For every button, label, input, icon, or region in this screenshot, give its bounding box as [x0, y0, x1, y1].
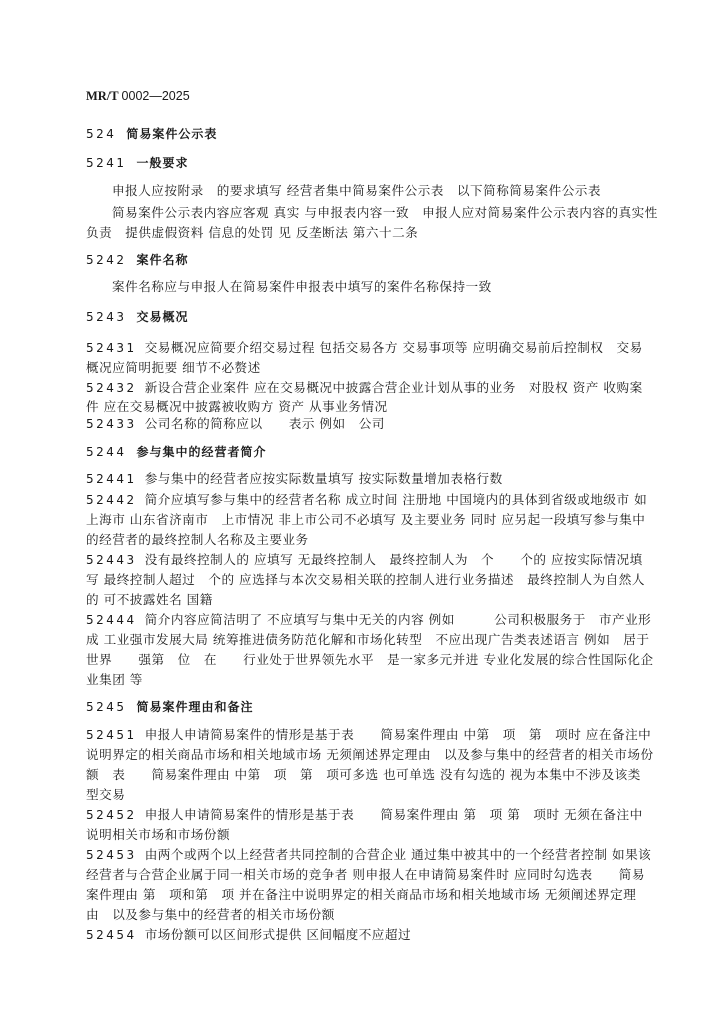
clause-text: 简介应填写参与集中的经营者名称 成立时间 注册地 中国境内的具体到省级或地级市 …	[145, 492, 647, 507]
section-title: 交易概况	[137, 310, 189, 324]
paragraph-line: 上海市 山东省济南市 上市情况 非上市公司不必填写 及主要业务 同时 应另起一段…	[86, 512, 645, 528]
clause-number: 52432	[86, 381, 137, 395]
clause-52454: 52454市场份额可以区间形式提供 区间幅度不应超过	[86, 927, 411, 943]
clause-52452: 52452申报人申请简易案件的情形是基于表 简易案件理由 第 项 第 项时 无须…	[86, 807, 643, 823]
paragraph-line: 世界 强第 位 在 行业处于世界领先水平 是一家多元并进 专业化发展的综合性国际…	[86, 652, 654, 668]
section-title: 简易案件理由和备注	[137, 700, 254, 714]
paragraph-line: 额 表 简易案件理由 中第 项 第 项可多选 也可单选 没有勾选的 视为本集中不…	[86, 767, 641, 783]
section-heading-5244: 5244参与集中的经营者简介	[86, 444, 267, 460]
paragraph-line: 说明相关市场和市场份额	[86, 827, 230, 843]
clause-52443: 52443没有最终控制人的 应填写 无最终控制人 最终控制人为 个 个的 应按实…	[86, 552, 643, 568]
section-title: 简易案件公示表	[126, 127, 217, 141]
paragraph-line: 案件理由 第 项和第 项 并在备注中说明界定的相关商品市场和相关地域市场 无须阐…	[86, 887, 636, 903]
section-title: 案件名称	[137, 253, 189, 267]
clause-text: 参与集中的经营者应按实际数量填写 按实际数量增加表格行数	[145, 471, 503, 486]
section-heading-5241: 5241一般要求	[86, 155, 189, 171]
clause-text: 交易概况应简要介绍交易过程 包括交易各方 交易事项等 应明确交易前后控制权 交易	[145, 340, 643, 355]
document-page: MR/T 0002—2025 524简易案件公示表 5241一般要求 申报人应按…	[0, 0, 714, 1010]
clause-text: 由两个或两个以上经营者共同控制的合营企业 通过集中被其中的一个经营者控制 如果该	[145, 847, 652, 862]
clause-text: 简介内容应简洁明了 不应填写与集中无关的内容 例如 公司积极服务于 市产业形	[145, 612, 652, 627]
clause-number: 52444	[86, 613, 137, 627]
section-number: 5241	[86, 156, 127, 170]
clause-number: 52431	[86, 341, 137, 355]
paragraph-line: 由 以及参与集中的经营者的相关市场份额	[86, 907, 335, 923]
clause-52444: 52444简介内容应简洁明了 不应填写与集中无关的内容 例如 公司积极服务于 市…	[86, 612, 651, 628]
paragraph-line: 业集团 等	[86, 672, 143, 688]
paragraph-line: 案件名称应与申报人在简易案件申报表中填写的案件名称保持一致	[112, 279, 492, 295]
clause-number: 52454	[86, 928, 137, 942]
paragraph-line: 的 可不披露姓名 国籍	[86, 592, 213, 608]
clause-number: 52452	[86, 808, 137, 822]
paragraph-line: 的经营者的最终控制人名称及主要业务	[86, 532, 309, 548]
clause-number: 52453	[86, 848, 137, 862]
section-heading-5245: 5245简易案件理由和备注	[86, 699, 254, 715]
clause-text: 申报人申请简易案件的情形是基于表 简易案件理由 第 项 第 项时 无须在备注中	[145, 807, 643, 822]
clause-52432: 52432新设合营企业案件 应在交易概况中披露合营企业计划从事的业务 对股权 资…	[86, 380, 643, 396]
clause-text: 市场份额可以区间形式提供 区间幅度不应超过	[145, 927, 411, 942]
clause-52453: 52453由两个或两个以上经营者共同控制的合营企业 通过集中被其中的一个经营者控…	[86, 847, 651, 863]
clause-52433: 52433公司名称的简称应以 表示 例如 公司	[86, 416, 385, 432]
section-heading-5242: 5242案件名称	[86, 252, 189, 268]
clause-52431: 52431交易概况应简要介绍交易过程 包括交易各方 交易事项等 应明确交易前后控…	[86, 340, 643, 356]
paragraph-line: 经营者与合营企业属于同一相关市场的竞争者 则申报人在申请简易案件时 应同时勾选表…	[86, 867, 645, 883]
paragraph-line: 说明界定的相关商品市场和相关地域市场 无须阐述界定理由 以及参与集中的经营者的相…	[86, 747, 654, 763]
paragraph-line: 型交易	[86, 787, 125, 803]
clause-number: 52441	[86, 472, 137, 486]
clause-52451: 52451申报人申请简易案件的情形是基于表 简易案件理由 中第 项 第 项时 应…	[86, 727, 651, 743]
clause-text: 公司名称的简称应以 表示 例如 公司	[145, 416, 385, 431]
section-number: 5242	[86, 253, 127, 267]
standard-code-prefix: MR/T	[86, 89, 118, 103]
clause-number: 52443	[86, 553, 137, 567]
clause-text: 申报人申请简易案件的情形是基于表 简易案件理由 中第 项 第 项时 应在备注中	[145, 727, 652, 742]
section-title: 一般要求	[137, 156, 189, 170]
paragraph-line: 件 应在交易概况中披露被收购方 资产 从事业务情况	[86, 399, 388, 415]
paragraph-line: 负责 提供虚假资料 信息的处罚 见 反垄断法 第六十二条	[86, 225, 418, 241]
standard-code-header: MR/T 0002—2025	[86, 88, 190, 104]
section-number: 5243	[86, 310, 127, 324]
paragraph-line: 成 工业强市发展大局 统筹推进债务防范化解和市场化转型 不应出现广告类表述语言 …	[86, 632, 649, 648]
clause-52442: 52442简介应填写参与集中的经营者名称 成立时间 注册地 中国境内的具体到省级…	[86, 492, 647, 508]
section-heading-5243: 5243交易概况	[86, 309, 189, 325]
clause-number: 52442	[86, 493, 137, 507]
paragraph-line: 申报人应按附录 的要求填写 经营者集中简易案件公示表 以下简称简易案件公示表	[112, 183, 601, 199]
clause-number: 52451	[86, 728, 137, 742]
standard-code-number: 0002—2025	[122, 89, 190, 103]
section-number: 5245	[86, 700, 127, 714]
section-title: 参与集中的经营者简介	[137, 445, 267, 459]
section-heading-524: 524简易案件公示表	[86, 126, 217, 142]
clause-text: 没有最终控制人的 应填写 无最终控制人 最终控制人为 个 个的 应按实际情况填	[145, 552, 643, 567]
section-number: 524	[86, 127, 116, 141]
clause-number: 52433	[86, 417, 137, 431]
clause-text: 新设合营企业案件 应在交易概况中披露合营企业计划从事的业务 对股权 资产 收购案	[145, 380, 643, 395]
paragraph-line: 简易案件公示表内容应客观 真实 与申报表内容一致 申报人应对简易案件公示表内容的…	[112, 205, 658, 221]
clause-52441: 52441参与集中的经营者应按实际数量填写 按实际数量增加表格行数	[86, 471, 503, 487]
section-number: 5244	[86, 445, 127, 459]
paragraph-line: 写 最终控制人超过 个的 应选择与本次交易相关联的控制人进行业务描述 最终控制人…	[86, 572, 645, 588]
paragraph-line: 概况应简明扼要 细节不必赘述	[86, 360, 261, 376]
